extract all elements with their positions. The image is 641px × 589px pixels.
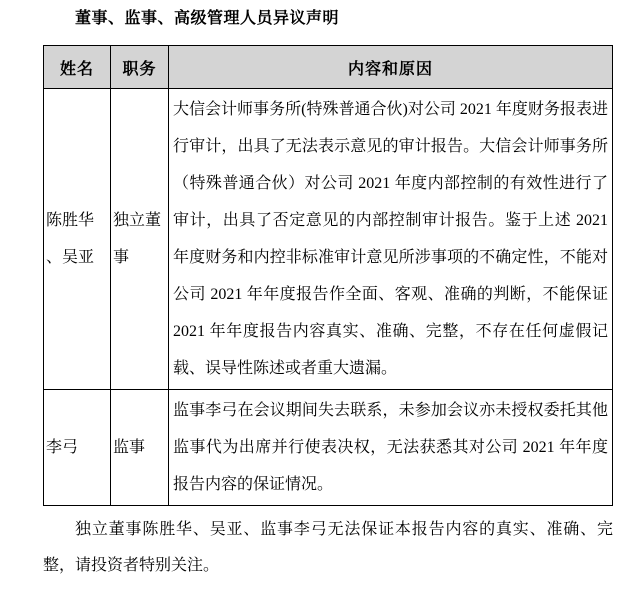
cell-position-row1: 独立董事 — [111, 89, 169, 390]
page-title: 董事、监事、高级管理人员异议声明 — [75, 6, 339, 32]
header-cell-name: 姓名 — [44, 46, 111, 89]
document-page: { "page": { "title": "董事、监事、高级管理人员异议声明" … — [0, 0, 641, 589]
cell-name-row2: 李弓 — [44, 390, 111, 506]
cell-name-row1: 陈胜华、吴亚 — [44, 89, 111, 390]
closing-paragraph: 独立董事陈胜华、吴亚、监事李弓无法保证本报告内容的真实、准确、完整，请投资者特别… — [43, 512, 613, 584]
table-row-ligong: 李弓 监事 监事李弓在会议期间失去联系，未参加会议亦未授权委托其他监事代为出席并… — [44, 390, 613, 506]
table-header-row: 姓名 职务 内容和原因 — [44, 46, 613, 89]
cell-content-row2: 监事李弓在会议期间失去联系，未参加会议亦未授权委托其他监事代为出席并行使表决权，… — [169, 390, 613, 506]
header-cell-content: 内容和原因 — [169, 46, 613, 89]
table-row-chenshenghua-wuya: 陈胜华、吴亚 独立董事 大信会计师事务所(特殊普通合伙)对公司 2021 年度财… — [44, 89, 613, 390]
dissent-table: 姓名 职务 内容和原因 陈胜华、吴亚 独立董事 大信会计师事务所(特殊普通合伙)… — [43, 45, 613, 506]
cell-position-row2: 监事 — [111, 390, 169, 506]
header-cell-position: 职务 — [111, 46, 169, 89]
cell-content-row1: 大信会计师事务所(特殊普通合伙)对公司 2021 年度财务报表进行审计，出具了无… — [169, 89, 613, 390]
